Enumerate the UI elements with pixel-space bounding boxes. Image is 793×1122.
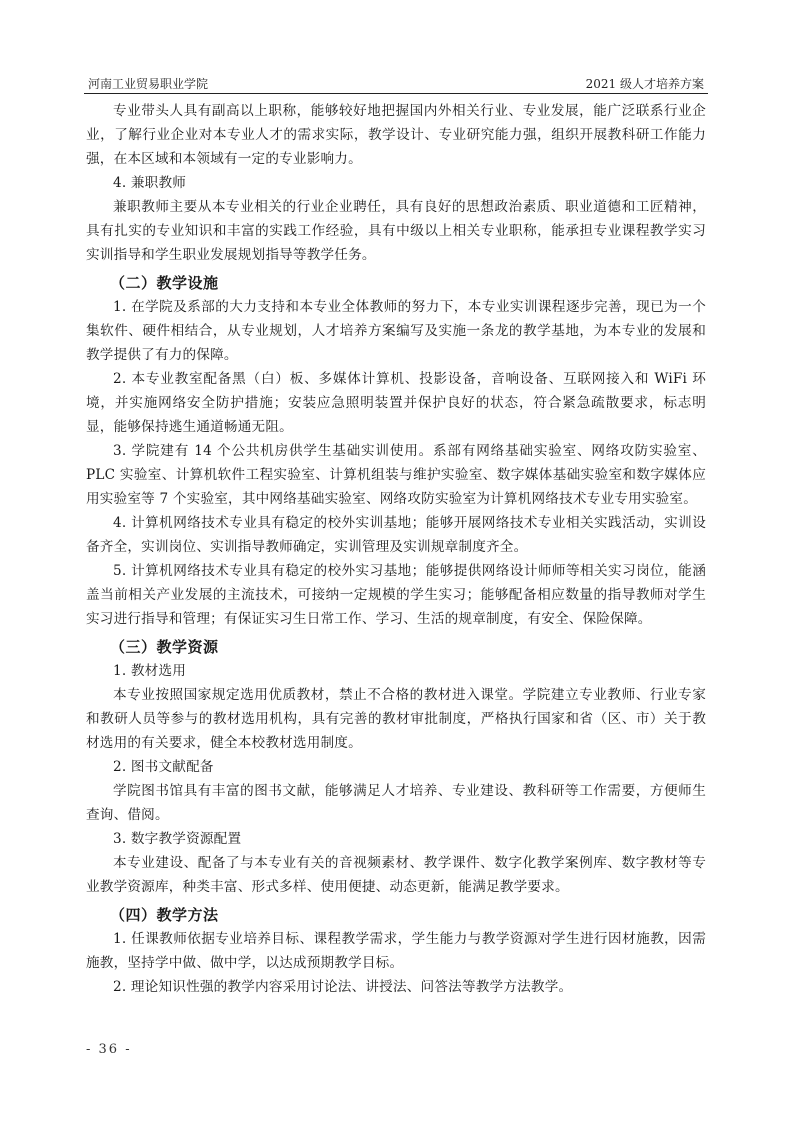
page-header: 河南工业贸易职业学院 2021 级人才培养方案: [84, 76, 708, 92]
section-heading-facilities: （二）教学设施: [86, 271, 706, 295]
page-number: - 36 -: [86, 1041, 132, 1059]
paragraph-lead-teacher: 专业带头人具有副高以上职称，能够较好地把握国内外相关行业、专业发展，能广泛联系行…: [86, 99, 706, 171]
paragraph-teaching-methods-1: 1. 任课教师依据专业培养目标、课程教学需求，学生能力与教学资源对学生进行因材施…: [86, 927, 706, 975]
paragraph-facilities-2: 2. 本专业教室配备黑（白）板、多媒体计算机、投影设备，音响设备、互联网接入和 …: [86, 367, 706, 439]
document-page: 河南工业贸易职业学院 2021 级人才培养方案 专业带头人具有副高以上职称，能够…: [0, 0, 793, 1122]
subheading-textbook-selection: 1. 教材选用: [86, 659, 706, 683]
subheading-library-resources: 2. 图书文献配备: [86, 755, 706, 779]
header-document-title: 2021 级人才培养方案: [586, 76, 704, 92]
section-heading-resources: （三）教学资源: [86, 635, 706, 659]
paragraph-library-resources: 学院图书馆具有丰富的图书文献，能够满足人才培养、专业建设、教科研等工作需要，方便…: [86, 779, 706, 827]
section-heading-teaching-methods: （四）教学方法: [86, 903, 706, 927]
paragraph-facilities-4: 4. 计算机网络技术专业具有稳定的校外实训基地；能够开展网络技术专业相关实践活动…: [86, 511, 706, 559]
header-divider: [84, 93, 708, 94]
page-body: 专业带头人具有副高以上职称，能够较好地把握国内外相关行业、专业发展，能广泛联系行…: [86, 99, 706, 999]
header-institution: 河南工业贸易职业学院: [88, 76, 208, 92]
paragraph-facilities-1: 1. 在学院及系部的大力支持和本专业全体教师的努力下，本专业实训课程逐步完善，现…: [86, 295, 706, 367]
paragraph-part-time-teachers: 兼职教师主要从本专业相关的行业企业聘任，具有良好的思想政治素质、职业道德和工匠精…: [86, 195, 706, 267]
paragraph-textbook-selection: 本专业按照国家规定选用优质教材，禁止不合格的教材进入课堂。学院建立专业教师、行业…: [86, 683, 706, 755]
subheading-part-time-teachers: 4. 兼职教师: [86, 171, 706, 195]
paragraph-facilities-3: 3. 学院建有 14 个公共机房供学生基础实训使用。系部有网络基础实验室、网络攻…: [86, 439, 706, 511]
subheading-digital-resources: 3. 数字教学资源配置: [86, 827, 706, 851]
paragraph-digital-resources: 本专业建设、配备了与本专业有关的音视频素材、教学课件、数字化教学案例库、数字教材…: [86, 851, 706, 899]
paragraph-teaching-methods-2: 2. 理论知识性强的教学内容采用讨论法、讲授法、问答法等教学方法教学。: [86, 975, 706, 999]
paragraph-facilities-5: 5. 计算机网络技术专业具有稳定的校外实习基地；能够提供网络设计师师等相关实习岗…: [86, 559, 706, 631]
